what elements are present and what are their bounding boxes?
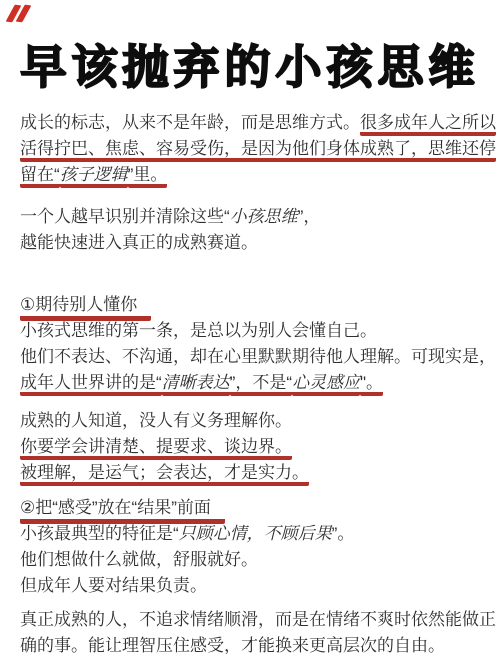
text-line: 小孩最典型的特征是“只顾心情，不顾后果”。 xyxy=(20,521,480,547)
underlined-text: 孩子逻辑 xyxy=(60,165,128,188)
underlined-text: 你要学会讲清楚、提要求、谈边界。 xyxy=(20,437,292,460)
text-block-point1-heading: ①期待别人懂你 xyxy=(20,292,480,318)
underlined-text: "。 xyxy=(360,373,383,396)
text-block-point2-heading: ②把“感受”放在“结果”前面 xyxy=(20,495,480,521)
text-segment: 确的事。 xyxy=(20,636,88,654)
text-segment: ”， xyxy=(298,207,321,226)
text-line: 一个人越早识别并清除这些“小孩思维”， xyxy=(20,204,480,230)
text-line: 越能快速进入真正的成熟赛道。 xyxy=(20,230,480,256)
text-line: 你要学会讲清楚、提要求、谈边界。 xyxy=(20,434,480,460)
text-line: 但成年人要对结果负责。 xyxy=(20,573,480,599)
text-line: ①期待别人懂你 xyxy=(20,292,480,318)
text-line: 他们不表达、不沟通，却在心里默默期待他人理解。可现实是， xyxy=(20,344,480,370)
poster-page: 早该抛弃的小孩思维 成长的标志，从来不是年龄，而是思维方式。很多成年人之所以活得… xyxy=(0,0,500,654)
text-segment: 小孩最典型的特征是“ xyxy=(20,524,179,543)
underlined-text: 能让理智压住感受，才能换来更高层次的自由。 xyxy=(88,636,445,654)
page-title: 早该抛弃的小孩思维 xyxy=(20,38,480,96)
text-segment: 真正成熟的人，不追求情绪顺滑，而是在情绪不爽时依然能做正 xyxy=(20,610,496,629)
text-segment: 一个人越早识别并清除这些“ xyxy=(20,207,230,226)
text-line: 小孩式思维的第一条，是总以为别人会懂自己。 xyxy=(20,318,480,344)
red-quote-mark-icon xyxy=(10,5,36,29)
text-segment: 小孩思维 xyxy=(230,207,298,226)
text-segment: 成熟的人知道，没人有义务理解你。 xyxy=(20,411,292,430)
text-segment: 只顾心情，不顾后果 xyxy=(179,524,332,543)
text-segment: 成长的标志，从来不是年龄，而是思维方式。 xyxy=(20,113,360,132)
underlined-text: 被理解，是运气；会表达，才是实力。 xyxy=(20,463,309,486)
underlined-text: ”，不是“ xyxy=(230,373,292,396)
content: 成长的标志，从来不是年龄，而是思维方式。很多成年人之所以活得拧巴、焦虑、容易受伤… xyxy=(20,110,480,654)
text-block-conclusion: 真正成熟的人，不追求情绪顺滑，而是在情绪不爽时依然能做正确的事。能让理智压住感受… xyxy=(20,607,480,654)
text-block-point1-body: 小孩式思维的第一条，是总以为别人会懂自己。他们不表达、不沟通，却在心里默默期待他… xyxy=(20,318,480,396)
text-block-intro: 成长的标志，从来不是年龄，而是思维方式。很多成年人之所以活得拧巴、焦虑、容易受伤… xyxy=(20,110,480,188)
text-line: 成熟的人知道，没人有义务理解你。 xyxy=(20,408,480,434)
underlined-text: ”里。 xyxy=(128,165,168,188)
text-line: 活得拧巴、焦虑、容易受伤，是因为他们身体成熟了，思维还停 xyxy=(20,136,480,162)
text-line: 被理解，是运气；会表达，才是实力。 xyxy=(20,460,480,486)
underlined-text: 留在“ xyxy=(20,165,60,188)
text-line: 成长的标志，从来不是年龄，而是思维方式。很多成年人之所以 xyxy=(20,110,480,136)
text-line: 确的事。能让理智压住感受，才能换来更高层次的自由。 xyxy=(20,633,480,654)
text-segment: 他们想做什么就做，舒服就好。 xyxy=(20,550,258,569)
underlined-text: 很多成年人之所以 xyxy=(360,113,496,136)
text-line: 成年人世界讲的是“清晰表达”，不是“心灵感应"。 xyxy=(20,370,480,396)
text-segment: 越能快速进入真正的成熟赛道。 xyxy=(20,233,258,252)
text-segment: 他们不表达、不沟通，却在心里默默期待他人理解。可现实是， xyxy=(20,347,496,366)
text-line: 留在“孩子逻辑”里。 xyxy=(20,162,480,188)
underlined-text: 成年人世界讲的是“ xyxy=(20,373,162,396)
text-line: 他们想做什么就做，舒服就好。 xyxy=(20,547,480,573)
underlined-text: 清晰表达 xyxy=(162,373,230,396)
text-block-point2-body: 小孩最典型的特征是“只顾心情，不顾后果”。他们想做什么就做，舒服就好。但成年人要… xyxy=(20,521,480,599)
text-line: 真正成熟的人，不追求情绪顺滑，而是在情绪不爽时依然能做正 xyxy=(20,607,480,633)
text-segment: 小孩式思维的第一条，是总以为别人会懂自己。 xyxy=(20,321,377,340)
text-line: ②把“感受”放在“结果”前面 xyxy=(20,495,480,521)
text-block-lead: 一个人越早识别并清除这些“小孩思维”，越能快速进入真正的成熟赛道。 xyxy=(20,204,480,256)
underlined-text: 活得拧巴、焦虑、容易受伤，是因为他们身体成熟了，思维还停 xyxy=(20,139,496,162)
text-segment: ”。 xyxy=(332,524,355,543)
underlined-text: 心灵感应 xyxy=(292,373,360,396)
text-block-point1-advice: 成熟的人知道，没人有义务理解你。你要学会讲清楚、提要求、谈边界。被理解，是运气；… xyxy=(20,408,480,486)
text-segment: 但成年人要对结果负责。 xyxy=(20,576,207,595)
